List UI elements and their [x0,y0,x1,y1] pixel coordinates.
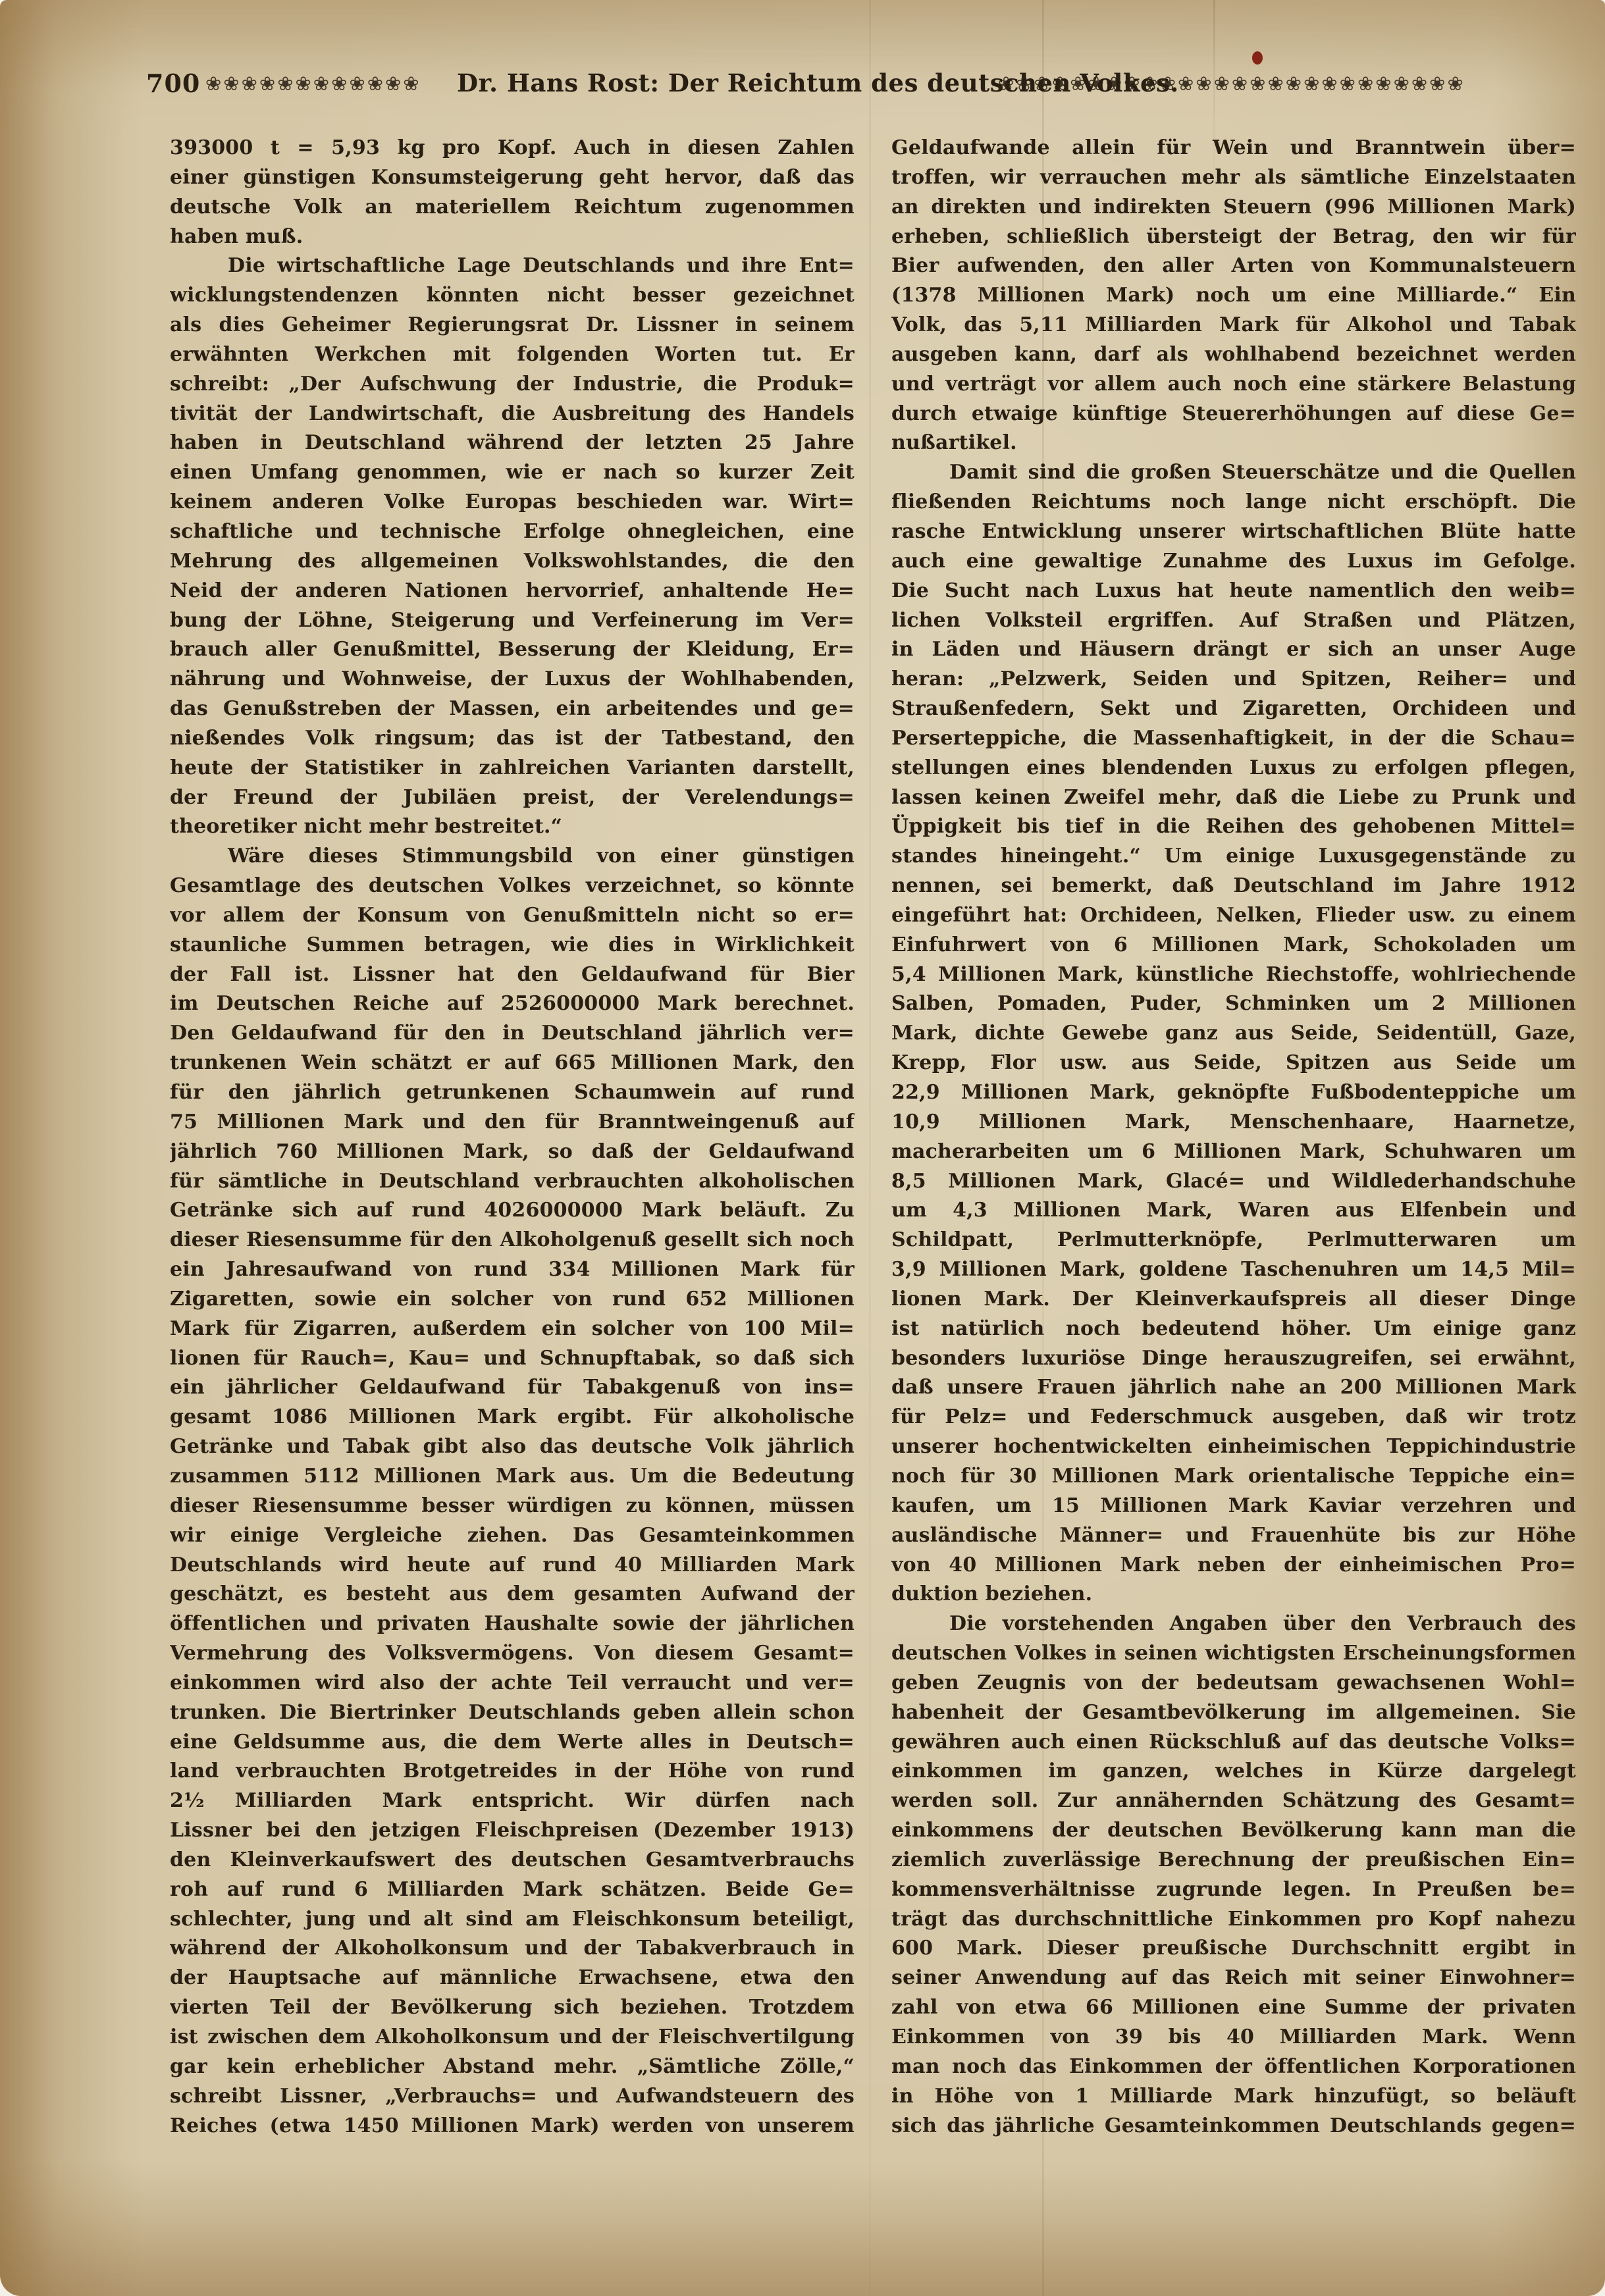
text-line: habenheit der Gesamtbevölkerung im allge… [891,1698,1576,1728]
text-line: eingeführt hat: Orchideen, Nelken, Flied… [891,901,1576,931]
text-line: heran: „Pelzwerk, Seiden und Spitzen, Re… [891,665,1576,694]
text-line: Zigaretten, sowie ein solcher von rund 6… [170,1285,855,1315]
text-line: geben Zeugnis von der bedeutsam gewachse… [891,1669,1576,1698]
text-line: durch etwaige künftige Steuererhöhungen … [891,400,1576,429]
text-line: land verbrauchten Brotgetreides in der H… [170,1757,855,1787]
column-left: 393000 t = 5,93 kg pro Kopf. Auch in die… [170,134,855,2141]
text-line: Mehrung des allgemeinen Volkswohlstandes… [170,547,855,577]
text-line: im Deutschen Reiche auf 2526000000 Mark … [170,989,855,1019]
text-line: Salben, Pomaden, Puder, Schminken um 2 M… [891,989,1576,1019]
text-line: in Läden und Häusern drängt er sich an u… [891,635,1576,665]
text-line: Die vorstehenden Angaben über den Verbra… [891,1609,1576,1639]
text-line: zahl von etwa 66 Millionen eine Summe de… [891,1993,1576,2023]
text-line: einer günstigen Konsumsteigerung geht he… [170,163,855,193]
text-line: einkommen wird also der achte Teil verra… [170,1669,855,1698]
text-line: Schildpatt, Perlmutterknöpfe, Perlmutter… [891,1226,1576,1255]
text-line: als dies Geheimer Regierungsrat Dr. Liss… [170,311,855,340]
text-line: bung der Löhne, Steigerung und Verfeiner… [170,606,855,636]
text-line: von 40 Millionen Mark neben der einheimi… [891,1551,1576,1580]
text-line: vor allem der Konsum von Genußmitteln ni… [170,901,855,931]
text-line: Damit sind die großen Steuerschätze und … [891,458,1576,488]
header-ornament-right-icon: ❀❀❀❀❀❀❀❀❀❀❀❀❀❀❀❀❀❀❀❀❀❀❀❀❀❀ [998,72,1539,95]
header-ornament-left-icon: ❀❀❀❀❀❀❀❀❀❀❀❀ [205,72,450,95]
text-line: trunken. Die Biertrinker Deutschlands ge… [170,1698,855,1728]
text-line: ein Jahresaufwand von rund 334 Millionen… [170,1255,855,1285]
text-line: gesamt 1086 Millionen Mark ergibt. Für a… [170,1403,855,1432]
text-line: dieser Riesensumme für den Alkoholgenuß … [170,1226,855,1255]
text-line: sich das jährliche Gesamteinkommen Deuts… [891,2112,1576,2141]
text-line: nußartikel. [891,429,1576,458]
text-line: 600 Mark. Dieser preußische Durchschnitt… [891,1934,1576,1964]
text-line: Volk, das 5,11 Milliarden Mark für Alkoh… [891,311,1576,340]
text-line: besonders luxuriöse Dinge herauszugreife… [891,1344,1576,1374]
text-line: Getränke sich auf rund 4026000000 Mark b… [170,1196,855,1226]
text-line: nennen, sei bemerkt, daß Deutschland im … [891,872,1576,901]
text-line: 75 Millionen Mark und den für Branntwein… [170,1108,855,1137]
text-line: Vermehrung des Volksvermögens. Von diese… [170,1639,855,1669]
paragraph: 393000 t = 5,93 kg pro Kopf. Auch in die… [170,134,855,251]
text-line: standes hineingeht.“ Um einige Luxusgege… [891,842,1576,872]
text-line: Krepp, Flor usw. aus Seide, Spitzen aus … [891,1049,1576,1078]
running-header: 700 ❀❀❀❀❀❀❀❀❀❀❀❀ Dr. Hans Rost: Der Reic… [0,68,1605,108]
text-line: Üppigkeit bis tief in die Reihen des geh… [891,812,1576,842]
text-line: man noch das Einkommen der öffentlichen … [891,2052,1576,2082]
text-line: fließenden Reichtums noch lange nicht er… [891,488,1576,517]
text-line: Wäre dieses Stimmungsbild von einer güns… [170,842,855,872]
text-line: 2½ Milliarden Mark entspricht. Wir dürfe… [170,1787,855,1816]
text-line: 8,5 Millionen Mark, Glacé= und Wildleder… [891,1167,1576,1197]
text-line: einkommen im ganzen, welches in Kürze da… [891,1757,1576,1787]
text-line: dieser Riesensumme besser würdigen zu kö… [170,1492,855,1521]
text-line: wicklungstendenzen könnten nicht besser … [170,281,855,311]
text-line: das Genußstreben der Massen, ein arbeite… [170,694,855,724]
text-line: brauch aller Genußmittel, Besserung der … [170,635,855,665]
text-line: lichen Volksteil ergriffen. Auf Straßen … [891,606,1576,636]
text-line: Geldaufwande allein für Wein und Branntw… [891,134,1576,163]
text-line: Einfuhrwert von 6 Millionen Mark, Schoko… [891,931,1576,960]
text-line: Reiches (etwa 1450 Millionen Mark) werde… [170,2112,855,2141]
text-line: deutschen Volkes in seinen wichtigsten E… [891,1639,1576,1669]
text-line: Bier aufwenden, den aller Arten von Komm… [891,251,1576,281]
text-line: ausländische Männer= und Frauenhüte bis … [891,1521,1576,1551]
text-line: daß unsere Frauen jährlich nahe an 200 M… [891,1373,1576,1403]
text-line: für sämtliche in Deutschland verbrauchte… [170,1167,855,1197]
text-line: Lissner bei den jetzigen Fleischpreisen … [170,1816,855,1846]
text-line: erheben, schließlich übersteigt der Betr… [891,222,1576,252]
text-line: Neid der anderen Nationen hervorrief, an… [170,577,855,606]
text-line: wir einige Vergleiche ziehen. Das Gesamt… [170,1521,855,1551]
scanned-page: 700 ❀❀❀❀❀❀❀❀❀❀❀❀ Dr. Hans Rost: Der Reic… [0,0,1605,2296]
text-line: jährlich 760 Millionen Mark, so daß der … [170,1137,855,1167]
text-line: (1378 Millionen Mark) noch um eine Milli… [891,281,1576,311]
text-line: 393000 t = 5,93 kg pro Kopf. Auch in die… [170,134,855,163]
text-line: Die wirtschaftliche Lage Deutschlands un… [170,251,855,281]
text-line: noch für 30 Millionen Mark orientalische… [891,1462,1576,1492]
text-line: seiner Anwendung auf das Reich mit seine… [891,1964,1576,1993]
text-line: nießendes Volk ringsum; das ist der Tatb… [170,724,855,754]
text-line: roh auf rund 6 Milliarden Mark schätzen.… [170,1875,855,1905]
text-line: nährung und Wohnweise, der Luxus der Woh… [170,665,855,694]
text-line: trägt das durchschnittliche Einkommen pr… [891,1905,1576,1935]
text-line: ist zwischen dem Alkoholkonsum und der F… [170,2023,855,2052]
text-line: einkommens der deutschen Bevölkerung kan… [891,1816,1576,1846]
text-line: für den jährlich getrunkenen Schaumwein … [170,1078,855,1108]
text-line: 3,9 Millionen Mark, goldene Taschenuhren… [891,1255,1576,1285]
text-line: Die Sucht nach Luxus hat heute namentlic… [891,577,1576,606]
text-line: erwähnten Werkchen mit folgenden Worten … [170,340,855,370]
text-line: geschätzt, es besteht aus dem gesamten A… [170,1580,855,1609]
text-line: lionen Mark. Der Kleinverkaufspreis all … [891,1285,1576,1315]
paragraph: Die wirtschaftliche Lage Deutschlands un… [170,251,855,842]
paragraph: Damit sind die großen Steuerschätze und … [891,458,1576,1609]
article-body: 393000 t = 5,93 kg pro Kopf. Auch in die… [170,134,1576,2141]
text-line: ausgeben kann, darf als wohlhabend bezei… [891,340,1576,370]
text-line: Mark für Zigarren, außerdem ein solcher … [170,1315,855,1344]
text-line: der Hauptsache auf männliche Erwachsene,… [170,1964,855,1993]
text-line: unserer hochentwickelten einheimischen T… [891,1432,1576,1462]
red-ink-dot [1252,51,1263,65]
text-line: ziemlich zuverlässige Berechnung der pre… [891,1846,1576,1875]
text-line: haben muß. [170,222,855,252]
text-line: lionen für Rauch=, Kau= und Schnupftabak… [170,1344,855,1374]
text-line: eine Geldsumme aus, die dem Werte alles … [170,1728,855,1758]
text-line: trunkenen Wein schätzt er auf 665 Millio… [170,1049,855,1078]
text-line: heute der Statistiker in zahlreichen Var… [170,754,855,783]
text-line: schreibt: „Der Aufschwung der Industrie,… [170,370,855,400]
text-line: gar kein erheblicher Abstand mehr. „Sämt… [170,2052,855,2082]
text-line: werden soll. Zur annähernden Schätzung d… [891,1787,1576,1816]
column-right: Geldaufwande allein für Wein und Branntw… [891,134,1576,2141]
text-line: kommensverhältnisse zugrunde legen. In P… [891,1875,1576,1905]
text-line: der Fall ist. Lissner hat den Geldaufwan… [170,960,855,990]
text-line: schreibt Lissner, „Verbrauchs= und Aufwa… [170,2082,855,2112]
text-line: theoretiker nicht mehr bestreitet.“ [170,812,855,842]
text-line: gewähren auch einen Rückschluß auf das d… [891,1728,1576,1758]
text-line: macherarbeiten um 6 Millionen Mark, Schu… [891,1137,1576,1167]
text-line: für Pelz= und Federschmuck ausgeben, daß… [891,1403,1576,1432]
paragraph: Wäre dieses Stimmungsbild von einer güns… [170,842,855,2141]
text-line: der Freund der Jubiläen preist, der Vere… [170,783,855,813]
text-line: kaufen, um 15 Millionen Mark Kaviar verz… [891,1492,1576,1521]
text-line: tivität der Landwirtschaft, die Ausbreit… [170,400,855,429]
text-line: Deutschlands wird heute auf rund 40 Mill… [170,1551,855,1580]
text-line: 10,9 Millionen Mark, Menschenhaare, Haar… [891,1108,1576,1137]
text-line: während der Alkoholkonsum und der Tabakv… [170,1934,855,1964]
text-line: auch eine gewaltige Zunahme des Luxus im… [891,547,1576,577]
text-line: in Höhe von 1 Milliarde Mark hinzufügt, … [891,2082,1576,2112]
paragraph: Die vorstehenden Angaben über den Verbra… [891,1609,1576,2141]
text-line: staunliche Summen betragen, wie dies in … [170,931,855,960]
text-line: 22,9 Millionen Mark, geknöpfte Fußbodent… [891,1078,1576,1108]
page-title: Dr. Hans Rost: Der Reichtum des deutsche… [457,68,990,97]
text-line: Gesamtlage des deutschen Volkes verzeich… [170,872,855,901]
text-line: zusammen 5112 Millionen Mark aus. Um die… [170,1462,855,1492]
text-line: duktion beziehen. [891,1580,1576,1609]
text-line: deutsche Volk an materiellem Reichtum zu… [170,193,855,222]
text-line: schaftliche und technische Erfolge ohneg… [170,517,855,547]
text-line: und verträgt vor allem auch noch eine st… [891,370,1576,400]
text-line: 5,4 Millionen Mark, künstliche Riechstof… [891,960,1576,990]
text-line: öffentlichen und privaten Haushalte sowi… [170,1609,855,1639]
text-line: Perserteppiche, die Massenhaftigkeit, in… [891,724,1576,754]
text-line: Einkommen von 39 bis 40 Milliarden Mark.… [891,2023,1576,2052]
text-line: einen Umfang genommen, wie er nach so ku… [170,458,855,488]
text-line: troffen, wir verrauchen mehr als sämtlic… [891,163,1576,193]
paragraph: Geldaufwande allein für Wein und Branntw… [891,134,1576,458]
text-line: rasche Entwicklung unserer wirtschaftlic… [891,517,1576,547]
page-number: 700 [146,68,200,98]
text-line: Getränke und Tabak gibt also das deutsch… [170,1432,855,1462]
text-line: Straußenfedern, Sekt und Zigaretten, Orc… [891,694,1576,724]
text-line: schlechter, jung und alt sind am Fleisch… [170,1905,855,1935]
text-line: ein jährlicher Geldaufwand für Tabakgenu… [170,1373,855,1403]
text-line: an direkten und indirekten Steuern (996 … [891,193,1576,222]
text-line: um 4,3 Millionen Mark, Waren aus Elfenbe… [891,1196,1576,1226]
text-line: ist natürlich noch bedeutend höher. Um e… [891,1315,1576,1344]
text-line: Den Geldaufwand für den in Deutschland j… [170,1019,855,1049]
text-line: vierten Teil der Bevölkerung sich bezieh… [170,1993,855,2023]
text-line: lassen keinen Zweifel mehr, daß die Lieb… [891,783,1576,813]
text-line: haben in Deutschland während der letzten… [170,429,855,458]
text-line: keinem anderen Volke Europas beschieden … [170,488,855,517]
text-line: Mark, dichte Gewebe ganz aus Seide, Seid… [891,1019,1576,1049]
text-line: stellungen eines blendenden Luxus zu erf… [891,754,1576,783]
text-line: den Kleinverkaufswert des deutschen Gesa… [170,1846,855,1875]
